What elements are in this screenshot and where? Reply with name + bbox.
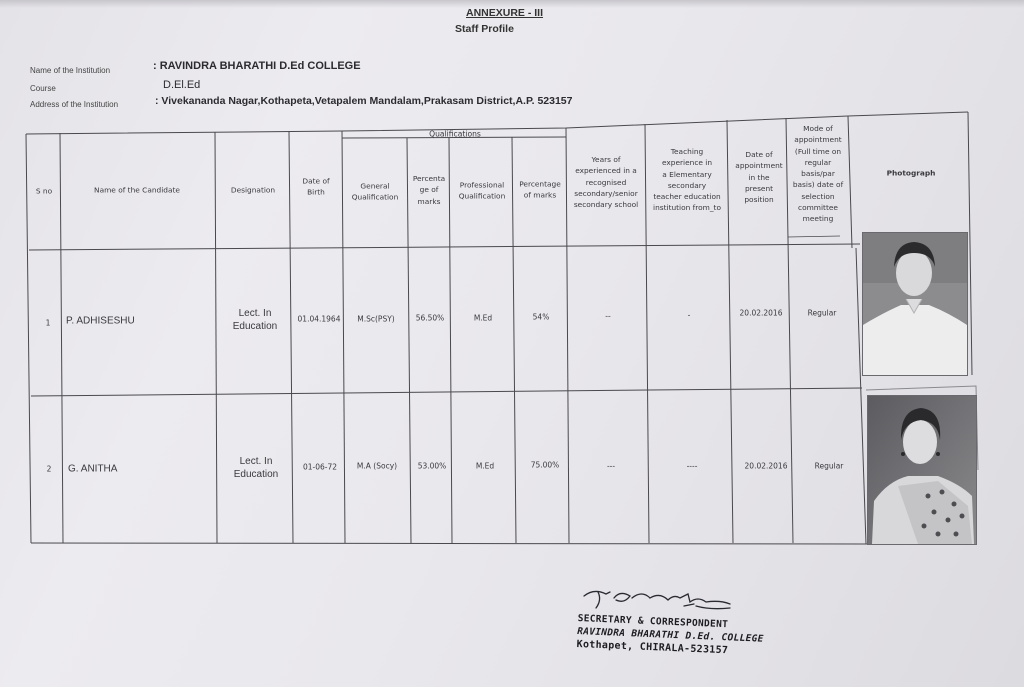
cell-teaching-experience: ---- — [687, 462, 698, 471]
col-mode-of-appointment-line: basis) date of — [793, 180, 843, 191]
female-staff-photo — [867, 395, 977, 545]
col-mode-of-appointment-line: meeting — [793, 214, 843, 225]
cell-general-percentage: 56.50% — [416, 314, 445, 323]
cell-professional-qualification: M.Ed — [476, 462, 494, 471]
col-teaching-experience-line: teacher education — [653, 191, 721, 202]
handwritten-signature-icon — [580, 582, 780, 616]
col-years-experience-line: Years of — [574, 154, 638, 165]
col-date-of-appointment-line: in the — [735, 171, 782, 182]
col-years-experience-line: experienced in a — [574, 165, 638, 176]
cell-date-of-appointment: 20.02.2016 — [745, 462, 788, 471]
cell-designation-line: Education — [233, 320, 277, 333]
col-mode-of-appointment-line: (Full time on — [793, 146, 843, 157]
col-mode-of-appointment-line: basis/par — [793, 168, 843, 179]
cell-teaching-experience: - — [688, 311, 691, 320]
col-professional-qualification-line: Professional — [459, 180, 506, 191]
cell-date-of-appointment: 20.02.2016 — [740, 309, 783, 318]
col-teaching-experience-line: experience in — [653, 157, 721, 168]
signature-stamp: SECRETARY & CORRESPONDENT RAVINDRA BHARA… — [576, 612, 764, 659]
col-date-of-appointment-line: appointment — [735, 160, 782, 171]
cell-designation-line: Education — [234, 468, 278, 481]
col-general-qualification-line: General — [352, 181, 399, 192]
col-date-of-appointment-line: Date of — [735, 149, 782, 160]
cell-mode-of-appointment: Regular — [815, 462, 844, 471]
col-dob-line: Date of — [302, 176, 329, 187]
person-photo-icon — [863, 233, 967, 375]
col-mode-of-appointment: Mode of appointment (Full time on regula… — [793, 123, 843, 225]
col-name: Name of the Candidate — [94, 184, 180, 195]
col-general-percentage-line: Percenta — [413, 173, 445, 184]
cell-designation: Lect. In Education — [234, 455, 278, 481]
col-designation: Designation — [231, 184, 275, 195]
cell-years-experience: -- — [605, 312, 610, 321]
col-general-percentage-line: ge of — [413, 184, 445, 195]
col-dob: Date of Birth — [302, 176, 329, 199]
col-years-experience-line: recognised — [574, 176, 638, 187]
col-general-qualification-line: Qualification — [352, 192, 399, 203]
cell-sno: 2 — [47, 465, 52, 474]
qualifications-group-header: Qualifications — [429, 128, 481, 139]
col-professional-percentage-line: Percentage — [519, 179, 561, 190]
cell-name: G. ANITHA — [68, 464, 117, 475]
col-mode-of-appointment-line: selection — [793, 191, 843, 202]
col-years-experience: Years of experienced in a recognised sec… — [574, 154, 638, 210]
cell-sno: 1 — [46, 319, 51, 328]
col-teaching-experience-line: secondary — [653, 180, 721, 191]
cell-professional-percentage: 54% — [533, 313, 550, 322]
col-general-qualification: General Qualification — [352, 181, 399, 204]
col-teaching-experience: Teaching experience in a Elementary seco… — [653, 146, 721, 214]
cell-general-qualification: M.A (Socy) — [357, 462, 397, 471]
cell-dob: 01-06-72 — [303, 463, 337, 472]
col-mode-of-appointment-line: Mode of — [793, 123, 843, 134]
person-photo-icon — [868, 396, 976, 544]
cell-dob: 01.04.1964 — [298, 315, 341, 324]
cell-name: P. ADHISESHU — [66, 316, 135, 327]
cell-general-percentage: 53.00% — [418, 462, 447, 471]
col-general-percentage: Percenta ge of marks — [413, 173, 445, 207]
col-photograph: Photograph — [887, 167, 936, 178]
col-professional-percentage-line: of marks — [519, 190, 561, 201]
col-years-experience-line: secondary/senior — [574, 188, 638, 199]
cell-years-experience: --- — [607, 462, 615, 471]
col-professional-qualification: Professional Qualification — [459, 180, 506, 203]
col-teaching-experience-line: Teaching — [653, 146, 721, 157]
cell-designation-line: Lect. In — [234, 455, 278, 468]
cell-designation-line: Lect. In — [233, 307, 277, 320]
cell-professional-percentage: 75.00% — [531, 461, 560, 470]
col-professional-qualification-line: Qualification — [459, 191, 506, 202]
col-date-of-appointment-line: position — [735, 194, 782, 205]
col-dob-line: Birth — [302, 187, 329, 198]
col-teaching-experience-line: a Elementary — [653, 169, 721, 180]
col-professional-percentage: Percentage of marks — [519, 179, 561, 202]
col-mode-of-appointment-line: committee — [793, 202, 843, 213]
col-sno: S no — [36, 185, 52, 196]
col-teaching-experience-line: institution from_to — [653, 203, 721, 214]
col-mode-of-appointment-line: regular — [793, 157, 843, 168]
col-general-percentage-line: marks — [413, 196, 445, 207]
cell-professional-qualification: M.Ed — [474, 314, 492, 323]
cell-general-qualification: M.Sc(PSY) — [357, 315, 394, 324]
cell-mode-of-appointment: Regular — [808, 309, 837, 318]
col-date-of-appointment: Date of appointment in the present posit… — [735, 149, 782, 205]
col-mode-of-appointment-line: appointment — [793, 134, 843, 145]
col-date-of-appointment-line: present — [735, 183, 782, 194]
male-staff-photo — [862, 232, 968, 376]
col-years-experience-line: secondary school — [574, 199, 638, 210]
cell-designation: Lect. In Education — [233, 307, 277, 333]
